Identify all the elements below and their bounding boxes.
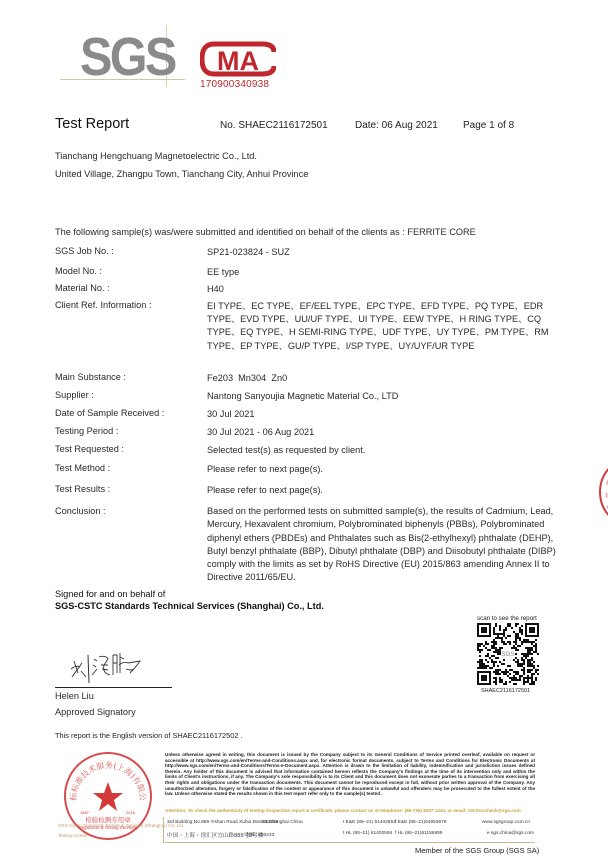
- seal-extension-line2: Testing Center: [58, 833, 88, 838]
- field-label: Test Method :: [55, 463, 110, 473]
- page-indicator: Page 1 of 8: [463, 120, 514, 131]
- cma-logo-icon: MA: [200, 40, 276, 78]
- field-label: Main Substance :: [55, 372, 126, 382]
- qr-code-icon[interactable]: SGS: [477, 623, 539, 685]
- authenticity-notice: Attention: To check the authenticity of …: [165, 808, 535, 814]
- sample-intro: The following sample(s) was/were submitt…: [55, 227, 476, 237]
- field-value: H40: [207, 283, 567, 296]
- field-value: Please refer to next page(s).: [207, 484, 567, 497]
- fax-hl: f HL (86–21)61156899: [395, 831, 442, 836]
- field-value: EI TYPE、EC TYPE、EF/EEL TYPE、EPC TYPE、EFD…: [207, 300, 572, 353]
- footer-divider: [165, 842, 535, 843]
- phone-ee: t E&E (86–21) 61402553: [343, 820, 396, 825]
- seal-extension-line1: SGS-CSTC Standards Technical Services (S…: [58, 823, 184, 828]
- field-label: Test Requested :: [55, 444, 124, 454]
- postcode-en: 200233: [262, 820, 278, 825]
- phone-hl: t HL (86–21) 61402594: [343, 831, 392, 836]
- field-label: Date of Sample Received :: [55, 408, 164, 418]
- field-value: 30 Jul 2021: [207, 408, 567, 421]
- cma-number: 170900340938: [200, 79, 269, 90]
- address-en: 3rd Building,No.889 Yishan Road Xuhui Di…: [167, 820, 303, 825]
- report-number: No. SHAEC2116172501: [220, 120, 328, 131]
- client-name: Tianchang Hengchuang Magnetoelectric Co.…: [55, 151, 257, 161]
- field-value: 30 Jul 2021 - 06 Aug 2021: [207, 426, 567, 439]
- footer-divider-vertical: [163, 817, 164, 843]
- signer-title: Approved Signatory: [55, 707, 136, 717]
- report-title: Test Report: [55, 116, 129, 132]
- signing-company: SGS-CSTC Standards Technical Services (S…: [55, 601, 324, 611]
- qr-report-id: SHAEC2116172501: [481, 688, 530, 694]
- signature-line: [55, 687, 172, 688]
- postcode-cn: 邮编: 200233: [246, 831, 274, 838]
- signed-on-behalf: Signed for and on behalf of: [55, 589, 165, 599]
- report-date: Date: 06 Aug 2021: [355, 120, 438, 131]
- email-link[interactable]: e sgs.china@sgs.com: [487, 831, 534, 836]
- field-value: SP21-023824 - SUZ: [207, 246, 567, 259]
- field-label: Model No. :: [55, 266, 102, 276]
- client-address: United Village, Zhangpu Town, Tianchang …: [55, 169, 308, 179]
- field-value: Please refer to next page(s).: [207, 463, 567, 476]
- signer-name: Helen Liu: [55, 691, 94, 701]
- field-label: Supplier :: [55, 390, 94, 400]
- field-label: Material No. :: [55, 283, 110, 293]
- field-value: Fe203 Mn304 Zn0: [207, 372, 567, 385]
- fax-ee: f E&E (86–21)64953679: [395, 820, 446, 825]
- field-value: EE type: [207, 266, 567, 279]
- field-label: Testing Period :: [55, 426, 118, 436]
- svg-text:SGS: SGS: [501, 651, 515, 658]
- handwritten-signature-icon: [66, 643, 146, 687]
- english-version-note: This report is the English version of SH…: [55, 731, 243, 740]
- svg-text:1887: 1887: [80, 810, 90, 815]
- website-link[interactable]: www.sgsgroup.com.cn: [482, 820, 530, 825]
- field-label: Conclusion :: [55, 506, 106, 516]
- sgs-logo: SGS: [80, 30, 175, 84]
- field-value: Selected test(s) as requested by client.: [207, 444, 567, 457]
- qr-caption: scan to see the report: [477, 615, 537, 622]
- side-seal-icon: 检 验 章: [596, 455, 608, 530]
- field-label: Test Results :: [55, 484, 110, 494]
- sgs-group-member: Member of the SGS Group (SGS SA): [415, 846, 539, 855]
- field-value: Based on the performed tests on submitte…: [207, 505, 569, 585]
- svg-text:MA: MA: [217, 46, 259, 76]
- field-label: Client Ref. Information :: [55, 300, 152, 310]
- field-value: Nantong Sanyoujia Magnetic Material Co.,…: [207, 390, 567, 403]
- company-seal-icon: 通标标准技术服务(上海)有限公司 检验检测专用章 Inspection & Te…: [62, 750, 154, 842]
- legal-disclaimer: Unless otherwise agreed in writing, this…: [165, 752, 535, 797]
- field-label: SGS Job No. :: [55, 246, 114, 256]
- svg-text:2016: 2016: [126, 810, 136, 815]
